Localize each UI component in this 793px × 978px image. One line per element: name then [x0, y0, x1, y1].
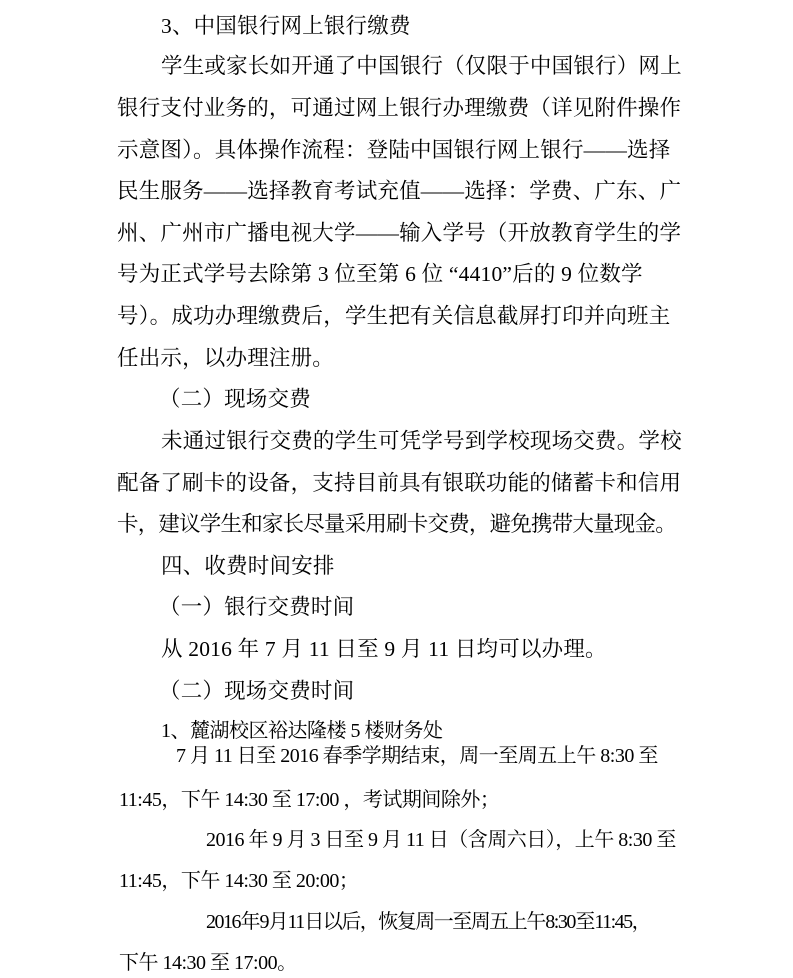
text-line: 从 2016 年 7 月 11 日至 9 月 11 日均可以办理。 [161, 636, 607, 662]
text-line: 学生或家长如开通了中国银行（仅限于中国银行）网上 [161, 53, 682, 79]
text-line: 号）。成功办理缴费后，学生把有关信息截屏打印并向班主 [117, 303, 670, 329]
text-line: 卡，建议学生和家长尽量采用刷卡交费，避免携带大量现金。 [117, 511, 676, 537]
text-line: 下午 14:30 至 17:00。 [119, 950, 297, 976]
heading-onsite-payment-time: （二）现场交费时间 [159, 678, 354, 704]
text-line: 州、广州市广播电视大学——输入学号（开放教育学生的学 [117, 220, 681, 246]
document-page: 3、中国银行网上银行缴费 学生或家长如开通了中国银行（仅限于中国银行）网上 银行… [0, 0, 793, 978]
heading-fee-schedule: 四、收费时间安排 [161, 553, 335, 579]
text-line: 号为正式学号去除第 3 位至第 6 位 “4410”后的 9 位数学 [117, 261, 643, 287]
text-line: 2016 年 9 月 3 日至 9 月 11 日（含周六日），上午 8:30 至 [206, 827, 676, 853]
text-line: 配备了刷卡的设备，支持目前具有银联功能的储蓄卡和信用 [117, 470, 681, 496]
text-line: 未通过银行交费的学生可凭学号到学校现场交费。学校 [161, 428, 682, 454]
text-line: 任出示，以办理注册。 [117, 345, 334, 371]
text-line: 7 月 11 日至 2016 春季学期结束，周一至周五上午 8:30 至 [176, 743, 658, 769]
text-line: 示意图）。具体操作流程：登陆中国银行网上银行——选择 [117, 137, 670, 163]
list-item-luhu-campus: 1、麓湖校区裕达隆楼 5 楼财务处 [161, 718, 443, 744]
text-line: 银行支付业务的，可通过网上银行办理缴费（详见附件操作 [117, 95, 681, 121]
text-line: 11:45，下午 14:30 至 20:00； [119, 868, 358, 894]
text-line: 民生服务——选择教育考试充值——选择：学费、广东、广 [117, 178, 681, 204]
heading-boc-online-payment: 3、中国银行网上银行缴费 [161, 13, 411, 39]
text-line: 11:45，下午 14:30 至 17:00 ，考试期间除外； [119, 787, 499, 813]
heading-bank-payment-time: （一）银行交费时间 [159, 594, 354, 620]
text-line: 2016 年 9 月 11 日以后，恢复周一至周五上午 8:30 至 11:45… [206, 909, 650, 935]
heading-onsite-payment: （二）现场交费 [159, 386, 311, 412]
